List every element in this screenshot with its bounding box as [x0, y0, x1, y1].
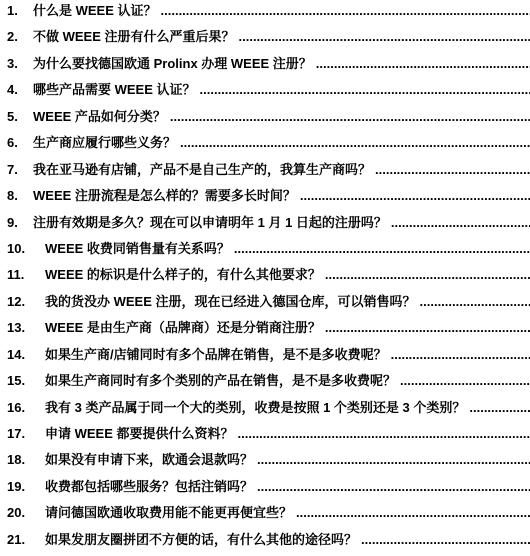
dot-leader: ........................................… — [257, 474, 530, 500]
toc-entry-number: 1. — [7, 0, 33, 24]
dot-leader: ........................................… — [200, 77, 530, 103]
dot-leader: ........................................… — [238, 421, 530, 447]
toc-entry[interactable]: 21. 如果发朋友圈拼团不方便的话，有什么其他的途径吗？ ...........… — [0, 527, 530, 553]
toc-entry[interactable]: 15. 如果生产商同时有多个类别的产品在销售，是不是多收费呢？ ........… — [0, 368, 530, 394]
toc-entry[interactable]: 13. WEEE 是由生产商（品牌商）还是分销商注册？ ............… — [0, 315, 530, 341]
toc-entry[interactable]: 14. 如果生产商/店铺同时有多个品牌在销售，是不是多收费呢？ ........… — [0, 342, 530, 368]
toc-entry-title: WEEE 收费同销售量有关系吗？ — [45, 236, 230, 262]
toc-entry[interactable]: 7. 我在亚马逊有店铺，产品不是自己生产的，我算生产商吗？ ..........… — [0, 157, 530, 183]
toc-entry-title: 注册有效期是多久？现在可以申请明年 1 月 1 日起的注册吗？ — [33, 210, 387, 236]
toc-entry-number: 5. — [7, 104, 33, 130]
toc-entry-number: 3. — [7, 51, 33, 77]
toc-entry-number: 2. — [7, 24, 33, 50]
toc-entry-number: 11. — [7, 262, 45, 288]
toc-entry-title: WEEE 注册流程是怎么样的？需要多长时间？ — [33, 183, 296, 209]
toc-entry-title: 请问德国欧通收取费用能不能更再便宜些？ — [45, 500, 292, 526]
toc-entry-title: WEEE 的标识是什么样子的，有什么其他要求？ — [45, 262, 321, 288]
toc-entry-number: 15. — [7, 368, 45, 394]
dot-leader: ........................................… — [325, 262, 530, 288]
toc-entry[interactable]: 2. 不做 WEEE 注册有什么严重后果？ ..................… — [0, 24, 530, 50]
toc-entry[interactable]: 18. 如果没有申请下来，欧通会退款吗？ ...................… — [0, 447, 530, 473]
dot-leader: ........................................… — [234, 236, 530, 262]
toc-entry-title: 哪些产品需要 WEEE 认证？ — [33, 77, 196, 103]
toc-entry[interactable]: 9. 注册有效期是多久？现在可以申请明年 1 月 1 日起的注册吗？ .....… — [0, 210, 530, 236]
toc-entry-title: WEEE 是由生产商（品牌商）还是分销商注册？ — [45, 315, 321, 341]
toc-entry-title: 我在亚马逊有店铺，产品不是自己生产的，我算生产商吗？ — [33, 157, 371, 183]
toc-entry-number: 14. — [7, 342, 45, 368]
dot-leader: ........................................… — [316, 51, 530, 77]
toc-entry-title: 生产商应履行哪些义务？ — [33, 130, 176, 156]
toc-entry[interactable]: 16. 我有 3 类产品属于同一个大的类别，收费是按照 1 个类别还是 3 个类… — [0, 395, 530, 421]
toc-page: 1. 什么是 WEEE 认证？ ........................… — [0, 0, 530, 556]
toc-entry-title: 如果生产商/店铺同时有多个品牌在销售，是不是多收费呢？ — [45, 342, 387, 368]
toc-entry-title: 什么是 WEEE 认证？ — [33, 0, 157, 24]
toc-entry-title: 收费都包括哪些服务？包括注销吗？ — [45, 474, 253, 500]
toc-entry-number: 10. — [7, 236, 45, 262]
dot-leader: ........................................… — [239, 24, 530, 50]
toc-entry[interactable]: 10. WEEE 收费同销售量有关系吗？ ...................… — [0, 236, 530, 262]
toc-entry-number: 9. — [7, 210, 33, 236]
toc-entry[interactable]: 6. 生产商应履行哪些义务？ .........................… — [0, 130, 530, 156]
dot-leader: ........................................… — [420, 289, 530, 315]
toc-entry[interactable]: 17. 申请 WEEE 都要提供什么资料？ ..................… — [0, 421, 530, 447]
dot-leader: ........................................… — [170, 104, 530, 130]
toc-entry-number: 19. — [7, 474, 45, 500]
toc-entry[interactable]: 3. 为什么要找德国欧通 Prolinx 办理 WEEE 注册？ .......… — [0, 51, 530, 77]
dot-leader: ........................................… — [257, 447, 530, 473]
toc-entry[interactable]: 1. 什么是 WEEE 认证？ ........................… — [0, 0, 530, 24]
toc-list: 1. 什么是 WEEE 认证？ ........................… — [0, 0, 530, 553]
toc-entry-title: 我的货没办 WEEE 注册，现在已经进入德国仓库，可以销售吗？ — [45, 289, 416, 315]
toc-entry-number: 21. — [7, 527, 45, 553]
toc-entry[interactable]: 11. WEEE 的标识是什么样子的，有什么其他要求？ ............… — [0, 262, 530, 288]
toc-entry[interactable]: 20. 请问德国欧通收取费用能不能更再便宜些？ ................… — [0, 500, 530, 526]
toc-entry-title: 申请 WEEE 都要提供什么资料？ — [45, 421, 234, 447]
toc-entry-number: 8. — [7, 183, 33, 209]
dot-leader: ........................................… — [391, 210, 530, 236]
toc-entry-title: 不做 WEEE 注册有什么严重后果？ — [33, 24, 235, 50]
toc-entry[interactable]: 19. 收费都包括哪些服务？包括注销吗？ ...................… — [0, 474, 530, 500]
dot-leader: ........................................… — [296, 500, 530, 526]
toc-entry-number: 17. — [7, 421, 45, 447]
toc-entry-number: 4. — [7, 77, 33, 103]
dot-leader: ........................................… — [325, 315, 530, 341]
dot-leader: ........................................… — [300, 183, 530, 209]
toc-entry-title: 如果生产商同时有多个类别的产品在销售，是不是多收费呢？ — [45, 368, 396, 394]
dot-leader: ........................................… — [375, 157, 530, 183]
toc-entry-number: 16. — [7, 395, 45, 421]
toc-entry-number: 18. — [7, 447, 45, 473]
dot-leader: ........................................… — [391, 342, 530, 368]
toc-entry[interactable]: 5. WEEE 产品如何分类？ ........................… — [0, 104, 530, 130]
toc-entry[interactable]: 4. 哪些产品需要 WEEE 认证？ .....................… — [0, 77, 530, 103]
toc-entry-title: 我有 3 类产品属于同一个大的类别，收费是按照 1 个类别还是 3 个类别？ — [45, 395, 465, 421]
dot-leader: ........................................… — [361, 527, 530, 553]
toc-entry-number: 13. — [7, 315, 45, 341]
toc-entry-title: WEEE 产品如何分类？ — [33, 104, 166, 130]
toc-entry-number: 6. — [7, 130, 33, 156]
toc-entry-number: 7. — [7, 157, 33, 183]
toc-entry-title: 为什么要找德国欧通 Prolinx 办理 WEEE 注册？ — [33, 51, 312, 77]
toc-entry-title: 如果没有申请下来，欧通会退款吗？ — [45, 447, 253, 473]
dot-leader: ........................................… — [161, 0, 530, 24]
toc-entry-title: 如果发朋友圈拼团不方便的话，有什么其他的途径吗？ — [45, 527, 357, 553]
toc-entry-number: 20. — [7, 500, 45, 526]
dot-leader: ........................................… — [469, 395, 530, 421]
toc-entry[interactable]: 8. WEEE 注册流程是怎么样的？需要多长时间？ ..............… — [0, 183, 530, 209]
dot-leader: ........................................… — [180, 130, 530, 156]
toc-entry[interactable]: 12. 我的货没办 WEEE 注册，现在已经进入德国仓库，可以销售吗？ ....… — [0, 289, 530, 315]
dot-leader: ........................................… — [400, 368, 530, 394]
toc-entry-number: 12. — [7, 289, 45, 315]
